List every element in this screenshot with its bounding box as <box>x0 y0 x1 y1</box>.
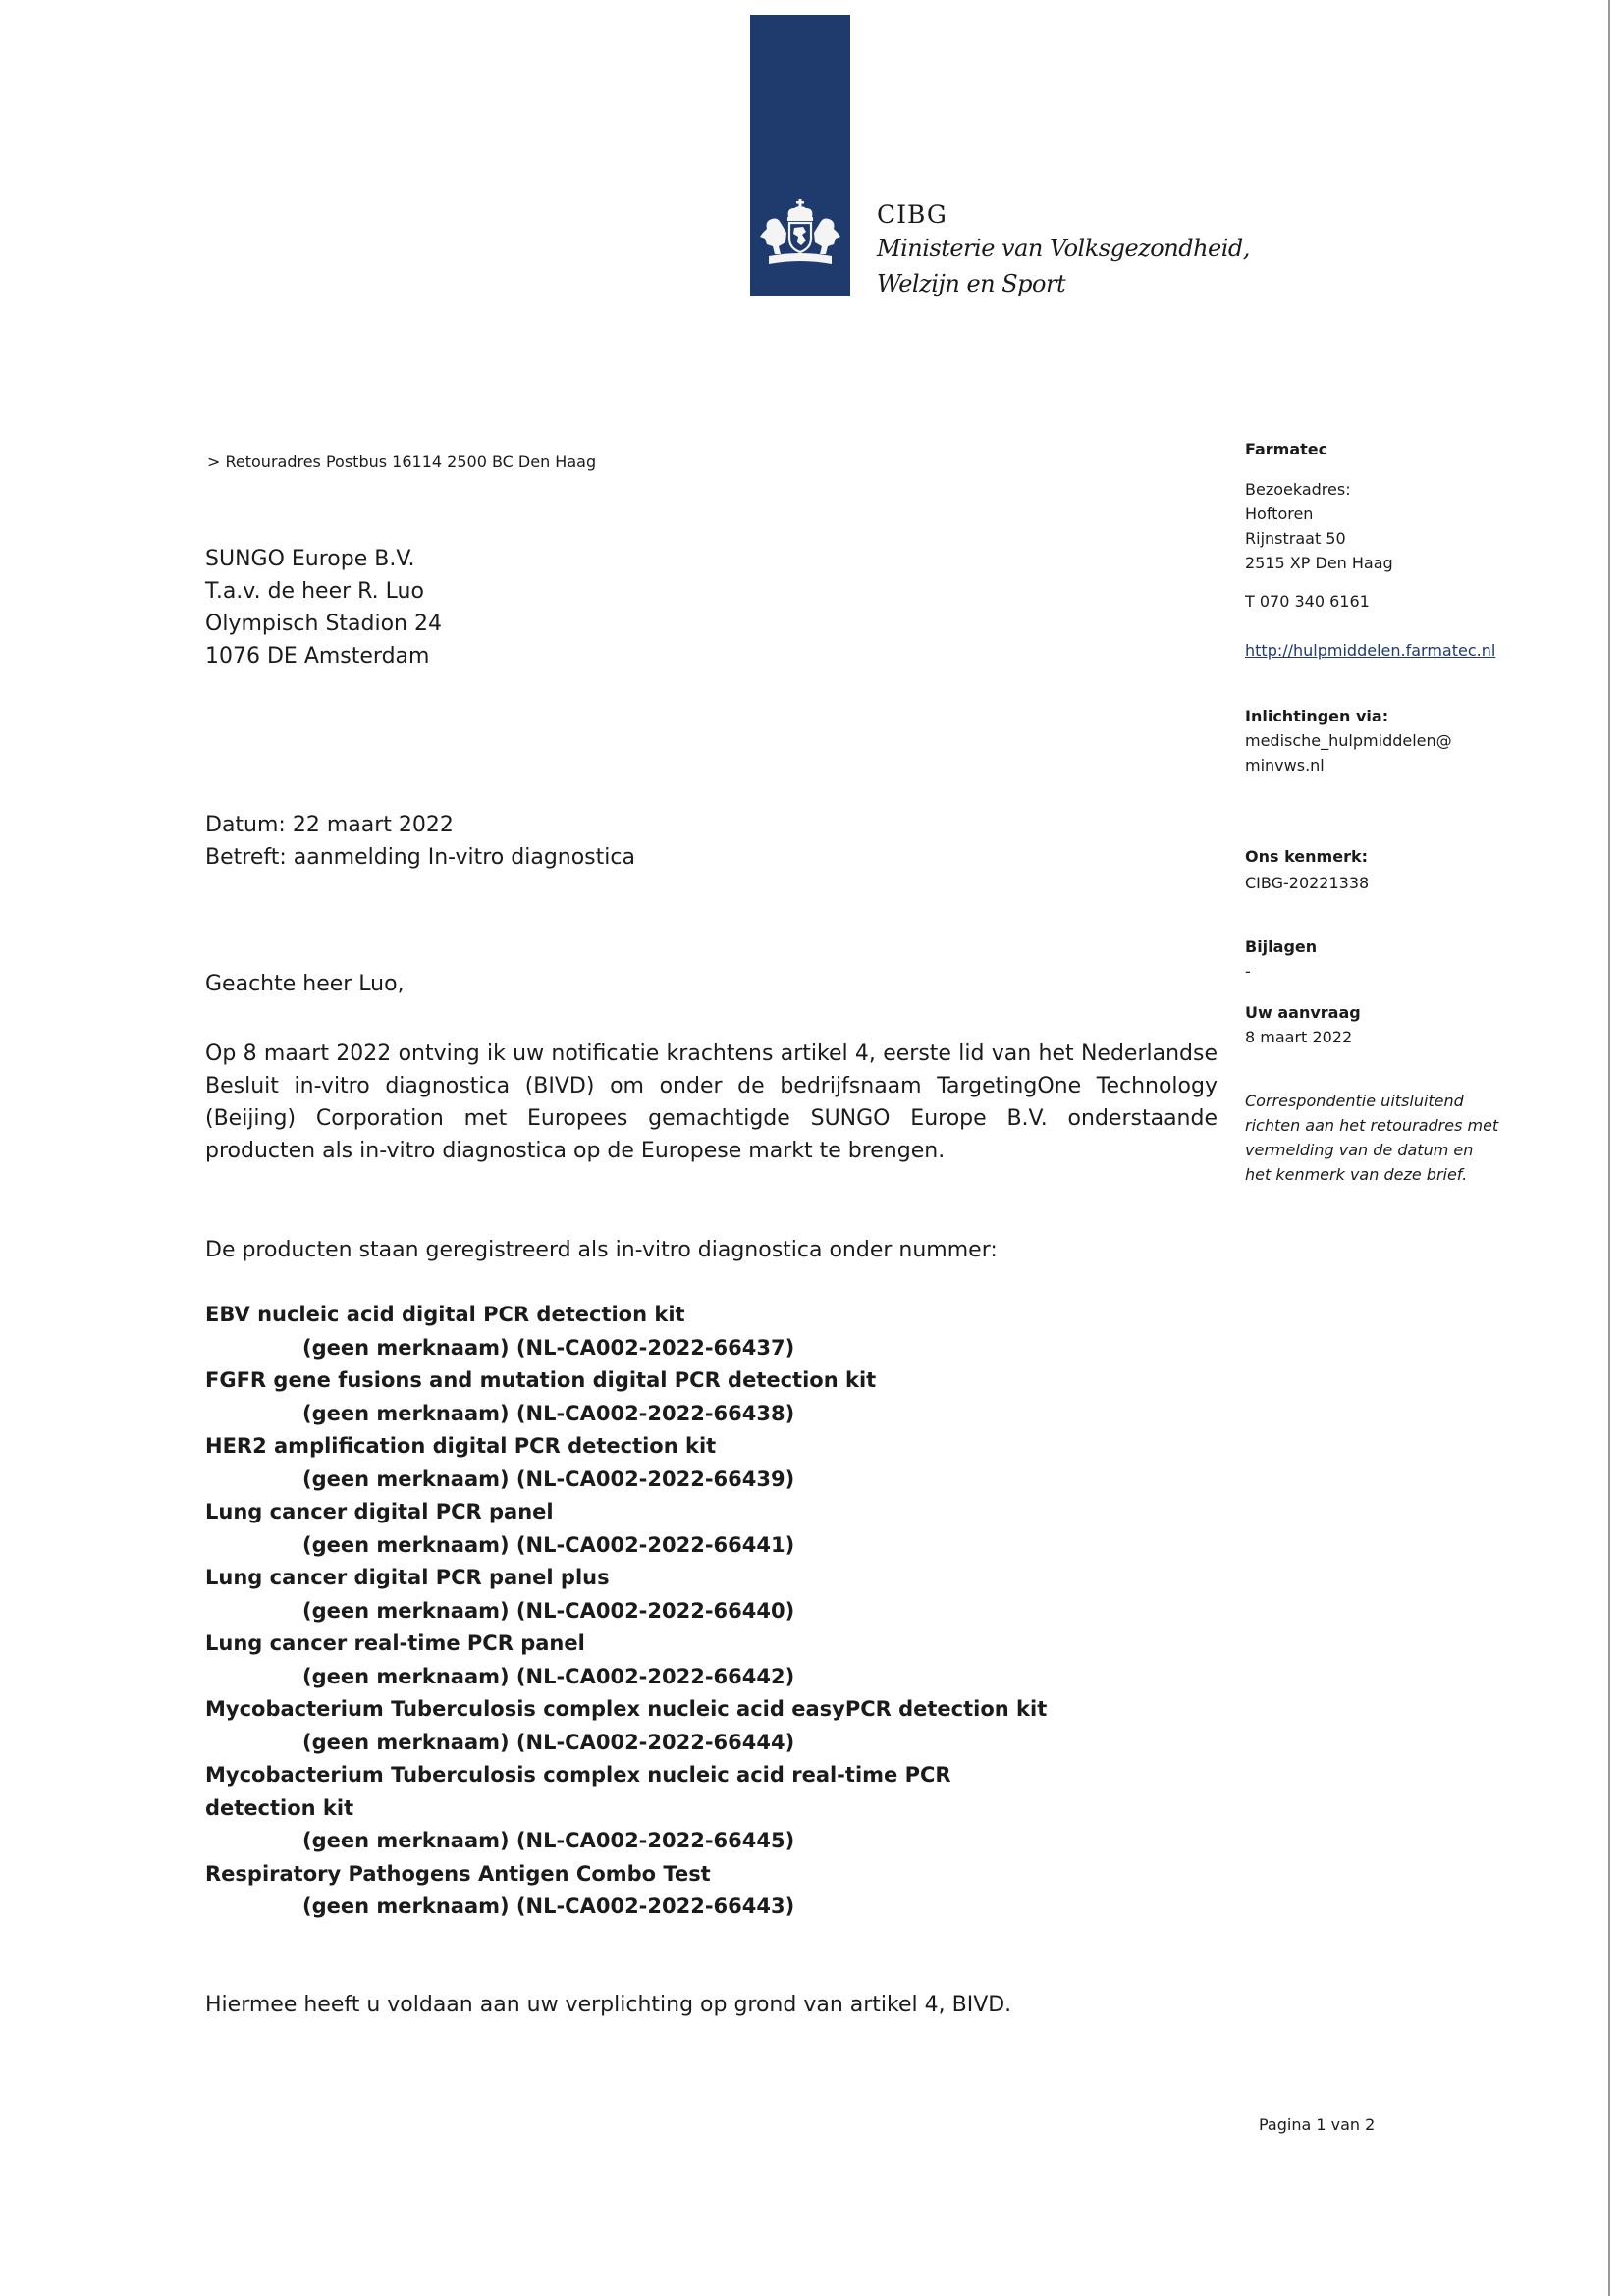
product-name: HER2 amplification digital PCR detection… <box>205 1430 1047 1464</box>
product-item: Respiratory Pathogens Antigen Combo Test… <box>205 1858 1047 1924</box>
product-registration-number: (geen merknaam) (NL-CA002-2022-66440) <box>205 1595 1047 1629</box>
sidebar-reference-label: Ons kenmerk: <box>1245 844 1368 869</box>
sidebar-request-label: Uw aanvraag <box>1245 1000 1361 1025</box>
sidebar-visit-street: Rijnstraat 50 <box>1245 526 1346 551</box>
product-registration-number: (geen merknaam) (NL-CA002-2022-66439) <box>205 1464 1047 1497</box>
page-number: Pagina 1 van 2 <box>1259 2115 1375 2134</box>
product-item: EBV nucleic acid digital PCR detection k… <box>205 1299 1047 1364</box>
sidebar-reference-value: CIBG-20221338 <box>1245 871 1369 895</box>
recipient-address: SUNGO Europe B.V. T.a.v. de heer R. Luo … <box>205 543 442 672</box>
letter-subject: Betreft: aanmelding In-vitro diagnostica <box>205 841 635 874</box>
closing-paragraph: Hiermee heeft u voldaan aan uw verplicht… <box>205 1993 1011 2017</box>
product-registration-number: (geen merknaam) (NL-CA002-2022-66437) <box>205 1332 1047 1365</box>
sidebar-contact-label: Inlichtingen via: <box>1245 704 1388 728</box>
sidebar-note-2: richten aan het retouradres met <box>1245 1113 1498 1138</box>
sidebar-note-3: vermelding van de datum en <box>1245 1138 1473 1162</box>
product-registration-number: (geen merknaam) (NL-CA002-2022-66444) <box>205 1727 1047 1760</box>
product-item: Mycobacterium Tuberculosis complex nucle… <box>205 1759 1047 1858</box>
organization-name: CIBG <box>877 199 1250 231</box>
product-name: Lung cancer real-time PCR panel <box>205 1628 1047 1661</box>
government-logo-bar <box>750 15 850 296</box>
sidebar-website-link[interactable]: http://hulpmiddelen.farmatec.nl <box>1245 638 1495 663</box>
product-list: EBV nucleic acid digital PCR detection k… <box>205 1299 1047 1924</box>
product-item: HER2 amplification digital PCR detection… <box>205 1430 1047 1496</box>
sidebar-request-value: 8 maart 2022 <box>1245 1025 1352 1049</box>
salutation: Geachte heer Luo, <box>205 972 405 996</box>
page-edge-line <box>1608 0 1610 2296</box>
sidebar-department: Farmatec <box>1245 437 1327 461</box>
sidebar-visit-label: Bezoekadres: <box>1245 477 1351 502</box>
ministry-name-line-2: Welzijn en Sport <box>877 266 1250 301</box>
product-registration-number: (geen merknaam) (NL-CA002-2022-66442) <box>205 1661 1047 1694</box>
sidebar-visit-building: Hoftoren <box>1245 502 1313 526</box>
product-registration-number: (geen merknaam) (NL-CA002-2022-66438) <box>205 1398 1047 1431</box>
sidebar-phone: T 070 340 6161 <box>1245 589 1370 614</box>
product-name: Lung cancer digital PCR panel plus <box>205 1562 1047 1595</box>
product-name: Lung cancer digital PCR panel <box>205 1496 1047 1529</box>
sidebar-attachments-label: Bijlagen <box>1245 934 1317 959</box>
recipient-attention: T.a.v. de heer R. Luo <box>205 575 442 608</box>
product-registration-number: (geen merknaam) (NL-CA002-2022-66441) <box>205 1529 1047 1563</box>
sidebar-attachments-value: - <box>1245 959 1251 984</box>
sidebar-contact-email-1: medische_hulpmiddelen@ <box>1245 728 1452 753</box>
product-name: detection kit <box>205 1792 1047 1826</box>
recipient-company: SUNGO Europe B.V. <box>205 543 442 575</box>
recipient-street: Olympisch Stadion 24 <box>205 608 442 640</box>
product-item: Lung cancer digital PCR panel plus(geen … <box>205 1562 1047 1628</box>
sidebar-note-4: het kenmerk van deze brief. <box>1245 1162 1467 1187</box>
products-intro: De producten staan geregistreerd als in-… <box>205 1238 998 1262</box>
sidebar-note-1: Correspondentie uitsluitend <box>1245 1089 1464 1113</box>
product-registration-number: (geen merknaam) (NL-CA002-2022-66445) <box>205 1825 1047 1858</box>
product-name: Respiratory Pathogens Antigen Combo Test <box>205 1858 1047 1892</box>
ministry-name-line-1: Ministerie van Volksgezondheid, <box>877 231 1250 266</box>
return-address: > Retouradres Postbus 16114 2500 BC Den … <box>207 453 596 471</box>
recipient-city: 1076 DE Amsterdam <box>205 640 442 672</box>
product-name: EBV nucleic acid digital PCR detection k… <box>205 1299 1047 1332</box>
royal-coat-of-arms-icon <box>759 199 841 270</box>
product-name: Mycobacterium Tuberculosis complex nucle… <box>205 1759 1047 1792</box>
product-item: Lung cancer real-time PCR panel(geen mer… <box>205 1628 1047 1693</box>
product-registration-number: (geen merknaam) (NL-CA002-2022-66443) <box>205 1891 1047 1924</box>
product-name: FGFR gene fusions and mutation digital P… <box>205 1364 1047 1398</box>
product-name: Mycobacterium Tuberculosis complex nucle… <box>205 1693 1047 1727</box>
sidebar-visit-city: 2515 XP Den Haag <box>1245 551 1393 575</box>
sidebar-contact-email-2: minvws.nl <box>1245 753 1325 777</box>
product-item: FGFR gene fusions and mutation digital P… <box>205 1364 1047 1430</box>
intro-paragraph: Op 8 maart 2022 ontving ik uw notificati… <box>205 1038 1218 1167</box>
ministry-logo-text: CIBG Ministerie van Volksgezondheid, Wel… <box>877 199 1250 301</box>
letter-date: Datum: 22 maart 2022 <box>205 809 635 841</box>
product-item: Mycobacterium Tuberculosis complex nucle… <box>205 1693 1047 1759</box>
product-item: Lung cancer digital PCR panel(geen merkn… <box>205 1496 1047 1562</box>
letter-meta: Datum: 22 maart 2022 Betreft: aanmelding… <box>205 809 635 874</box>
